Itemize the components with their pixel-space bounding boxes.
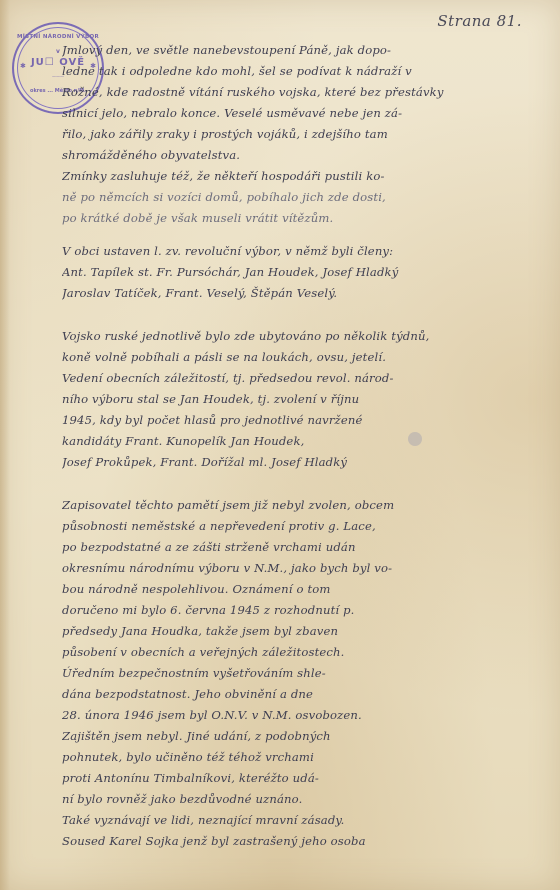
paragraph-horses: Zmínky zasluhuje též, že někteří hospodá… (62, 166, 530, 229)
text-line: Rožné, kde radostně vítání ruského vojsk… (62, 82, 530, 103)
text-line: řilo, jako zářily zraky i prostých voják… (62, 124, 530, 145)
text-line: ně po němcích si vozíci domů, pobíhalo j… (62, 187, 530, 208)
text-line: koně volně pobíhali a pásli se na loukác… (62, 347, 530, 368)
text-line: doručeno mi bylo 6. června 1945 z rozhod… (62, 600, 530, 621)
text-line: Josef Prokůpek, Frant. Dořížal ml. Josef… (62, 452, 530, 473)
text-line: ní bylo rovněž jako bezdůvodné uznáno. (62, 789, 530, 810)
text-line: Zajištěn jsem nebyl. Jiné udání, z podob… (62, 726, 530, 747)
text-line: Jmlový den, ve světle nanebevstoupení Pá… (62, 40, 530, 61)
text-line: bou národně nespolehlivou. Oznámení o to… (62, 579, 530, 600)
paragraph-ascension-day: Jmlový den, ve světle nanebevstoupení Pá… (62, 40, 530, 166)
text-line: silnicí jelo, nebralo konce. Veselé usmě… (62, 103, 530, 124)
paragraph-revolutionary-committee: V obci ustaven l. zv. revoluční výbor, v… (62, 241, 530, 304)
text-line: 1945, kdy byl počet hlasů pro jednotlivé… (62, 410, 530, 431)
text-line: pohnutek, bylo učiněno též téhož vrchami (62, 747, 530, 768)
text-line: předsedy Jana Houdka, takže jsem byl zba… (62, 621, 530, 642)
text-line: Zapisovatel těchto pamětí jsem již nebyl… (62, 495, 530, 516)
text-line: po bezpodstatné a ze zášti strženě vrcha… (62, 537, 530, 558)
text-line: Ant. Tapílek st. Fr. Pursóchár, Jan Houd… (62, 262, 530, 283)
text-line: okresnímu národnímu výboru v N.M., jako … (62, 558, 530, 579)
text-line: shromážděného obyvatelstva. (62, 145, 530, 166)
text-line: Jaroslav Tatíček, Frant. Veselý, Štěpán … (62, 283, 530, 304)
page-number: Strana 81. (437, 12, 522, 30)
text-line: ního výboru stal se Jan Houdek, tj. zvol… (62, 389, 530, 410)
text-line: ledne tak i odpoledne kdo mohl, šel se p… (62, 61, 530, 82)
text-line: Úředním bezpečnostním vyšetřováním shle- (62, 663, 530, 684)
text-line: působnosti neměstské a nepřevedení proti… (62, 516, 530, 537)
handwritten-text: Jmlový den, ve světle nanebevstoupení Pá… (62, 40, 530, 852)
document-page: Strana 81. MÍSTNÍ NÁRODNÍ VÝBOR v ✱ JU☐ … (0, 0, 560, 890)
text-line: Soused Karel Sojka jenž byl zastrašený j… (62, 831, 530, 852)
text-line: Zmínky zasluhuje též, že někteří hospodá… (62, 166, 530, 187)
text-line: Také vyznávají ve lidi, neznající mravní… (62, 810, 530, 831)
text-line: 28. února 1946 jsem byl O.N.V. v N.M. os… (62, 705, 530, 726)
text-line: Vojsko ruské jednotlivě bylo zde ubytová… (62, 326, 530, 347)
text-line: kandidáty Frant. Kunopelík Jan Houdek, (62, 431, 530, 452)
paragraph-chronicler-account: Zapisovatel těchto pamětí jsem již nebyl… (62, 495, 530, 852)
text-line: působení v obecních a veřejných záležito… (62, 642, 530, 663)
paragraph-army-and-election: Vojsko ruské jednotlivě bylo zde ubytová… (62, 326, 530, 473)
text-line: Vedení obecních záležitostí, tj. předsed… (62, 368, 530, 389)
text-line: dána bezpodstatnost. Jeho obvinění a dne (62, 684, 530, 705)
text-line: po krátké době je však museli vrátit vít… (62, 208, 530, 229)
text-line: V obci ustaven l. zv. revoluční výbor, v… (62, 241, 530, 262)
text-line: proti Antonínu Timbalníkovi, kteréžto ud… (62, 768, 530, 789)
